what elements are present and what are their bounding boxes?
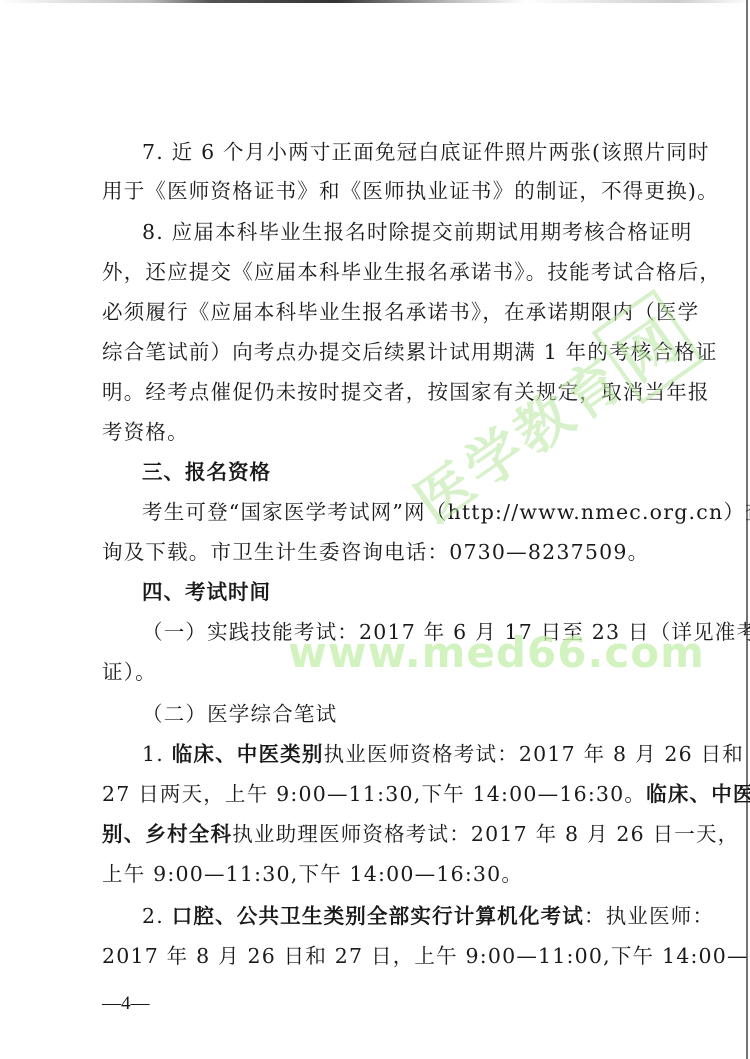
section-3-line-1: 考生可登“国家医学考试网”网（http://www.nmec.org.cn）查	[142, 498, 750, 526]
line-text: 执业助理医师资格考试：2017 年 8 月 26 日一天，	[232, 822, 739, 846]
item-8-line-2: 外，还应提交《应届本科毕业生报名承诺书》。技能考试合格后，	[102, 258, 721, 286]
section-4-2-item-1-line-1: 1. 临床、中医类别执业医师资格考试：2017 年 8 月 26 日和	[142, 740, 744, 768]
line-text: 执业医师资格考试：2017 年 8 月 26 日和	[324, 742, 744, 766]
item-7-line-2: 用于《医师资格证书》和《医师执业证书》的制证，不得更换)。	[102, 177, 719, 205]
section-4-1-line-2: 证）。	[102, 658, 157, 686]
section-4-heading: 四、考试时间	[142, 578, 271, 606]
scan-edge-top	[0, 0, 750, 3]
page-number: —4—	[102, 990, 150, 1018]
item-8-line-3: 必须履行《应届本科毕业生报名承诺书》，在承诺期限内（医学	[102, 298, 699, 326]
line-text: 27 日两天，上午 9:00—11:30,下午 14:00—16:30。	[102, 782, 646, 806]
section-4-2-item-1-line-2: 27 日两天，上午 9:00—11:30,下午 14:00—16:30。临床、中…	[102, 780, 750, 808]
item-prefix: 2.	[142, 904, 172, 928]
section-3-line-2: 询及下载。市卫生计生委咨询电话：0730—8237509。	[102, 538, 649, 566]
bold-category: 临床、中医类	[646, 782, 750, 806]
section-3-heading: 三、报名资格	[142, 458, 271, 486]
section-4-2-item-1-line-3: 别、乡村全科执业助理医师资格考试：2017 年 8 月 26 日一天，	[102, 820, 739, 848]
section-4-2-item-1-line-4: 上午 9:00—11:30,下午 14:00—16:30。	[102, 860, 523, 888]
section-4-2-item-2-line-2: 2017 年 8 月 26 日和 27 日，上午 9:00—11:00,下午 1…	[102, 942, 750, 970]
item-8-line-4: 综合笔试前）向考点办提交后续累计试用期满 1 年的考核合格证	[102, 338, 718, 366]
section-4-2-heading: （二）医学综合笔试	[142, 700, 337, 728]
item-8-line-5: 明。经考点催促仍未按时提交者，按国家有关规定，取消当年报	[102, 378, 710, 406]
line-text: ：执业医师：	[584, 904, 714, 928]
bold-category: 口腔、公共卫生类别全部实行计算机化考试	[172, 904, 584, 928]
item-prefix: 1.	[142, 742, 172, 766]
bold-category: 别、乡村全科	[102, 822, 232, 846]
scan-edge-right	[746, 0, 748, 1059]
section-4-2-item-2-line-1: 2. 口腔、公共卫生类别全部实行计算机化考试：执业医师：	[142, 902, 714, 930]
item-7-line-1: 7. 近 6 个月小两寸正面免冠白底证件照片两张(该照片同时	[142, 138, 710, 166]
section-4-1-line-1: （一）实践技能考试：2017 年 6 月 17 日至 23 日（详见准考	[142, 618, 750, 646]
item-8-line-6: 考资格。	[102, 418, 189, 446]
item-8-line-1: 8. 应届本科毕业生报名时除提交前期试用期考核合格证明	[142, 218, 692, 246]
bold-category: 临床、中医类别	[172, 742, 324, 766]
